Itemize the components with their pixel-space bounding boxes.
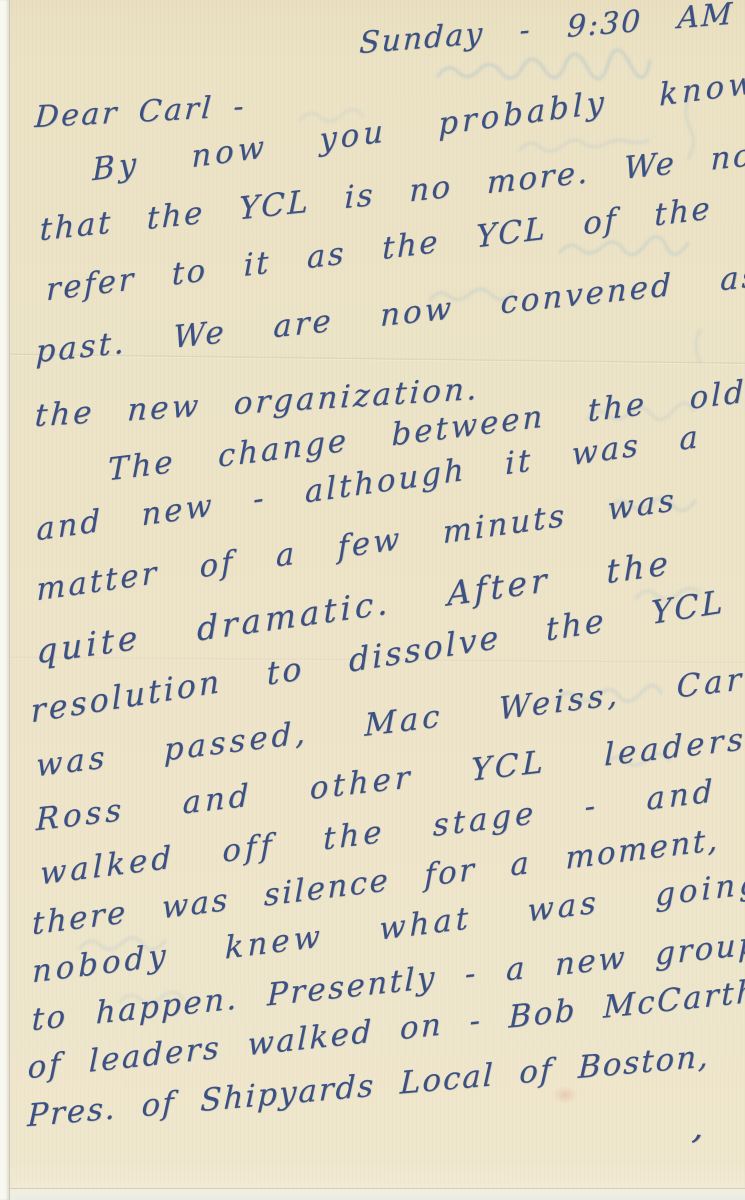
letter-page: Sunday - 9:30 AM Dear Carl - By now you …	[0, 0, 745, 1200]
scan-edge-bottom	[0, 1188, 745, 1200]
scan-edge-left	[0, 0, 10, 1200]
paper-smudge	[552, 1086, 578, 1104]
